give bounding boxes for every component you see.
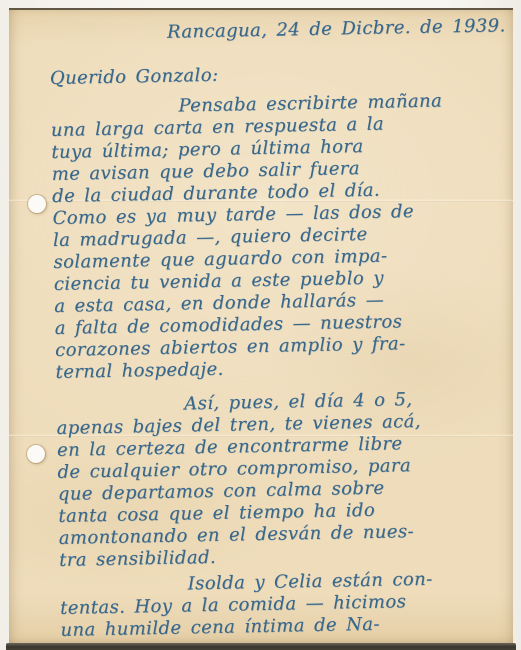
scanned-letter: Rancagua, 24 de Dicbre. de 1939. Querido… — [0, 0, 521, 650]
letter-content: Rancagua, 24 de Dicbre. de 1939. Querido… — [9, 8, 513, 643]
dateline: Rancagua, 24 de Dicbre. de 1939. — [167, 15, 495, 43]
paragraph-2: Así, pues, el día 4 o 5, apenas bajes de… — [56, 387, 505, 572]
paragraph-3: Isolda y Celia están con- tentas. Hoy a … — [59, 567, 506, 642]
letter-paper: Rancagua, 24 de Dicbre. de 1939. Querido… — [9, 8, 513, 645]
paragraph-1: Pensaba escribirte mañana una larga cart… — [50, 89, 501, 384]
salutation: Querido Gonzalo: — [50, 59, 496, 90]
scan-bottom-edge — [6, 643, 516, 650]
